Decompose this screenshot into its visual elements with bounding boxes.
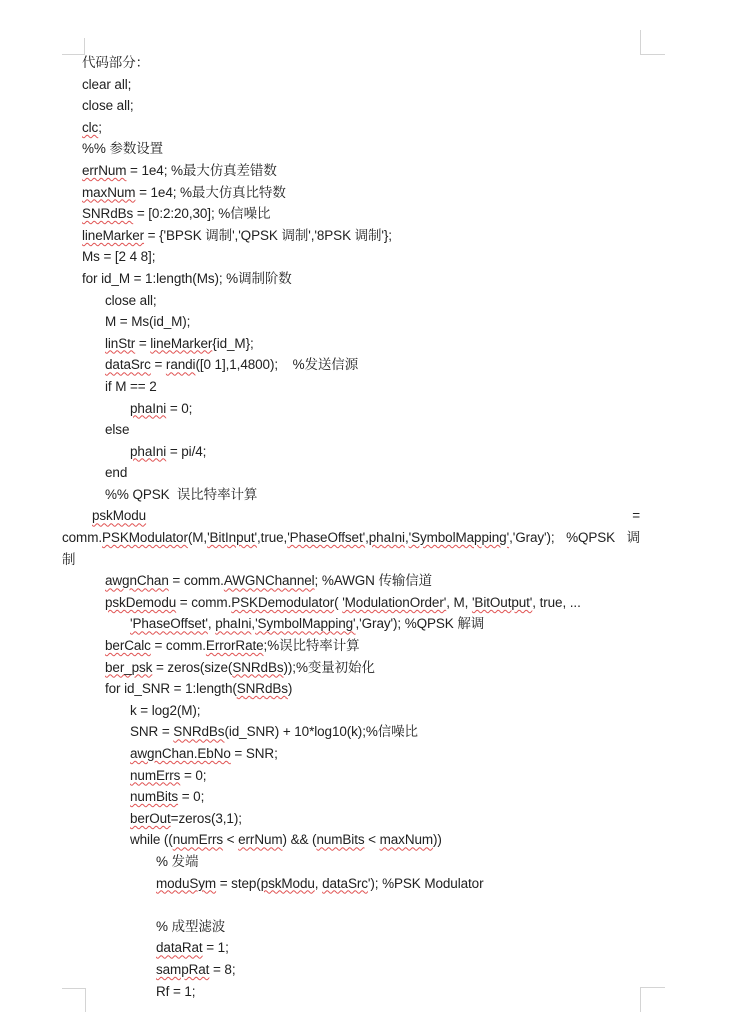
code-line: berCalc = comm.ErrorRate;%误比特率计算 [62,635,730,657]
code-segment: %% QPSK 误比特率计算 [105,487,257,502]
code-line: sampRat = 8; [62,959,730,981]
code-line: 制 [62,549,730,571]
code-segment: Ms = [2 4 8]; [82,249,155,264]
code-line: pskModu= [62,505,640,527]
code-segment: 制 [62,552,75,567]
code-line: Ms = [2 4 8]; [62,246,730,268]
code-text: while (( [130,832,173,847]
code-text: = 8; [209,962,235,977]
code-segment: SNRdBs = [0:2:20,30]; %信噪比 [82,206,270,221]
code-segment: awgnChan.EbNo = SNR; [130,746,278,761]
code-text: < [365,832,380,847]
misspelled-token: dataRat [156,940,203,955]
misspelled-token: 'BitOutput' [472,595,532,610]
misspelled-token: 'PhaseOffset' [130,616,208,631]
code-line: linStr = lineMarker{id_M}; [62,333,730,355]
code-line: for id_SNR = 1:length(SNRdBs) [62,678,730,700]
code-segment: %% 参数设置 [82,141,163,156]
code-line: 'PhaseOffset', phaIni,'SymbolMapping','G… [62,613,730,635]
code-line: % 成型滤波 [62,916,730,938]
code-text: (M, [188,530,207,545]
misspelled-token: ErrorRate [206,638,264,653]
code-text: , true, ... [532,595,580,610]
code-text: k = log2(M); [130,703,200,718]
code-segment: maxNum = 1e4; %最大仿真比特数 [82,185,286,200]
code-segment: if M == 2 [105,379,157,394]
code-text: )) [433,832,442,847]
code-segment: pskModu [92,505,146,527]
code-segment: SNR = SNRdBs(id_SNR) + 10*log10(k);%信噪比 [130,724,418,739]
code-segment: % 发端 [156,854,198,869]
misspelled-token: berOut [130,811,171,826]
misspelled-token: AWGNChannel [224,573,315,588]
code-line: Rf = 1; [62,981,730,1003]
code-segment: % 成型滤波 [156,919,225,934]
code-text: clear all; [82,77,131,92]
misspelled-token: phaIni [369,530,405,545]
misspelled-token: randi [166,357,196,372]
code-segment: lineMarker = {'BPSK 调制','QPSK 调制','8PSK … [82,228,392,243]
code-text: ));%变量初始化 [284,660,375,675]
code-segment: comm.PSKModulator(M,'BitInput',true,'Pha… [62,527,555,549]
code-segment: berCalc = comm.ErrorRate;%误比特率计算 [105,638,360,653]
code-text: ; [98,120,102,135]
code-line: close all; [62,95,730,117]
code-segment: Rf = 1; [156,984,195,999]
misspelled-token: pskDemodu [105,595,176,610]
code-text: , [315,876,322,891]
code-text: = {'BPSK 调制','QPSK 调制','8PSK 调制'}; [144,228,392,243]
code-segment: M = Ms(id_M); [105,314,190,329]
code-text: ,'Gray'); %QPSK 解调 [356,616,485,631]
code-line: SNR = SNRdBs(id_SNR) + 10*log10(k);%信噪比 [62,721,730,743]
code-segment: ber_psk = zeros(size(SNRdBs));%变量初始化 [105,660,375,675]
code-segment: for id_SNR = 1:length(SNRdBs) [105,681,292,696]
misspelled-token: PSKDemodulator [231,595,334,610]
code-text: end [105,465,127,480]
misspelled-token: moduSym [156,876,216,891]
code-text: if M == 2 [105,379,157,394]
code-text: = [135,336,150,351]
code-text: < [223,832,238,847]
code-line: % 发端 [62,851,730,873]
code-line: else [62,419,730,441]
code-segment: pskDemodu = comm.PSKDemodulator( 'Modula… [105,595,581,610]
code-text: %% 参数设置 [82,141,163,156]
code-text: SNR = [130,724,173,739]
code-line: for id_M = 1:length(Ms); %调制阶数 [62,268,730,290]
misspelled-token: dataSrc [322,876,368,891]
misspelled-token: SNRdBs [232,660,283,675]
code-line: phaIni = 0; [62,398,730,420]
code-line: close all; [62,290,730,312]
misspelled-token: numErrs [130,768,180,783]
code-text: = 1e4; %最大仿真差错数 [126,163,276,178]
code-line: maxNum = 1e4; %最大仿真比特数 [62,182,730,204]
code-line: k = log2(M); [62,700,730,722]
code-text: comm. [62,530,102,545]
code-line: awgnChan.EbNo = SNR; [62,743,730,765]
code-text: = comm. [169,573,224,588]
code-text: for id_SNR = 1:length( [105,681,237,696]
code-text: ) [288,681,292,696]
code-text: for id_M = 1:length(Ms); %调制阶数 [82,271,292,286]
code-segment: close all; [82,98,134,113]
misspelled-token: dataSrc [105,357,151,372]
misspelled-token: SNRdBs [237,681,288,696]
code-line: %% QPSK 误比特率计算 [62,484,730,506]
code-line: numErrs = 0; [62,765,730,787]
misspelled-token: numBits [130,789,178,804]
misspelled-token: errNum [238,832,282,847]
code-segment: errNum = 1e4; %最大仿真差错数 [82,163,277,178]
code-line: phaIni = pi/4; [62,441,730,463]
code-line: M = Ms(id_M); [62,311,730,333]
code-segment: while ((numErrs < errNum) && (numBits < … [130,832,442,847]
code-block: 代码部分：clear all;close all;clc;%% 参数设置errN… [62,52,730,1002]
code-segment: for id_M = 1:length(Ms); %调制阶数 [82,271,292,286]
document-page: 代码部分：clear all;close all;clc;%% 参数设置errN… [0,0,755,1024]
misspelled-token: sampRat [156,962,209,977]
code-segment: k = log2(M); [130,703,200,718]
code-text: = SNR; [231,746,278,761]
code-text: = 1e4; %最大仿真比特数 [135,185,285,200]
code-text: %QPSK [566,530,615,545]
code-text: ([0 1],1,4800); %发送信源 [195,357,358,372]
misspelled-token: linStr [105,336,135,351]
code-line: lineMarker = {'BPSK 调制','QPSK 调制','8PSK … [62,225,730,247]
code-segment: %QPSK [566,527,615,549]
code-text: = comm. [176,595,231,610]
code-segment: numBits = 0; [130,789,204,804]
code-text: = zeros(size( [152,660,232,675]
code-text: ( [334,595,342,610]
misspelled-token: awgnChan [105,573,169,588]
code-line: errNum = 1e4; %最大仿真差错数 [62,160,730,182]
misspelled-token: maxNum [380,832,433,847]
code-text: = 1; [203,940,229,955]
code-text: % 发端 [156,854,198,869]
code-line: end [62,462,730,484]
misspelled-token: SNRdBs [82,206,133,221]
misspelled-token: clc [82,120,98,135]
code-segment: clc; [82,120,102,135]
code-text: {id_M}; [212,336,253,351]
code-text: = [151,357,166,372]
code-line: pskDemodu = comm.PSKDemodulator( 'Modula… [62,592,730,614]
code-text: close all; [105,293,157,308]
code-text: = comm. [151,638,206,653]
code-line: dataSrc = randi([0 1],1,4800); %发送信源 [62,354,730,376]
misspelled-token: 'PhaseOffset' [287,530,365,545]
misspelled-token: phaIni [130,444,166,459]
misspelled-token: pskModu [92,508,146,523]
code-text: = 0; [178,789,204,804]
misspelled-token: 'SymbolMapping' [409,530,509,545]
code-segment: 代码部分： [82,55,149,70]
misspelled-token: phaIni [130,401,166,416]
code-text: ) && ( [283,832,317,847]
code-line: SNRdBs = [0:2:20,30]; %信噪比 [62,203,730,225]
code-line: while ((numErrs < errNum) && (numBits < … [62,829,730,851]
code-text: M = Ms(id_M); [105,314,190,329]
code-segment: end [105,465,127,480]
code-line [62,894,730,916]
code-line: comm.PSKModulator(M,'BitInput',true,'Pha… [62,527,640,549]
code-line: clear all; [62,74,730,96]
misspelled-token: lineMarker [82,228,144,243]
code-text: else [105,422,129,437]
code-line: if M == 2 [62,376,730,398]
code-segment: berOut=zeros(3,1); [130,811,242,826]
code-text: = 0; [166,401,192,416]
code-segment: phaIni = 0; [130,401,192,416]
code-text: 代码部分： [82,55,149,70]
code-line: %% 参数设置 [62,138,730,160]
misspelled-token: berCalc [105,638,151,653]
code-line: berOut=zeros(3,1); [62,808,730,830]
code-text: ,'Gray'); [509,530,555,545]
code-text: ,true, [257,530,287,545]
code-segment: phaIni = pi/4; [130,444,206,459]
code-line: ber_psk = zeros(size(SNRdBs));%变量初始化 [62,657,730,679]
misspelled-token: ber_psk [105,660,152,675]
code-text: = [632,508,640,523]
code-text: ;%误比特率计算 [264,638,360,653]
misspelled-token: maxNum [82,185,135,200]
document-heading: 代码部分： [62,52,730,74]
code-text: 制 [62,552,75,567]
code-text: , M, [446,595,472,610]
misspelled-token: pskModu [261,876,315,891]
code-text: close all; [82,98,134,113]
code-line: numBits = 0; [62,786,730,808]
code-text: Rf = 1; [156,984,195,999]
misspelled-token: 'ModulationOrder' [342,595,446,610]
misspelled-token: PSKModulator [102,530,188,545]
code-text: Ms = [2 4 8]; [82,249,155,264]
code-line: dataRat = 1; [62,937,730,959]
code-line: moduSym = step(pskModu, dataSrc'); %PSK … [62,873,730,895]
code-text: % 成型滤波 [156,919,225,934]
code-text: %% QPSK 误比特率计算 [105,487,257,502]
code-segment: dataSrc = randi([0 1],1,4800); %发送信源 [105,357,358,372]
code-segment: moduSym = step(pskModu, dataSrc'); %PSK … [156,876,483,891]
code-text: ; %AWGN 传输信道 [315,573,433,588]
misspelled-token: SNRdBs [173,724,224,739]
misspelled-token: 'BitInput' [207,530,257,545]
misspelled-token: numBits [316,832,364,847]
code-segment: clear all; [82,77,131,92]
misspelled-token: awgnChan.EbNo [130,746,231,761]
code-segment: numErrs = 0; [130,768,206,783]
code-text: = pi/4; [166,444,206,459]
misspelled-token: numErrs [173,832,223,847]
code-text: = 0; [180,768,206,783]
code-segment: = [632,505,640,527]
code-segment: 调 [627,527,640,549]
code-line: clc; [62,117,730,139]
code-text: (id_SNR) + 10*log10(k);%信噪比 [224,724,418,739]
code-segment: close all; [105,293,157,308]
misspelled-token: 'SymbolMapping' [255,616,355,631]
code-text: = step( [216,876,261,891]
code-segment: linStr = lineMarker{id_M}; [105,336,254,351]
misspelled-token: errNum [82,163,126,178]
misspelled-token: phaIni [215,616,251,631]
code-segment: 'PhaseOffset', phaIni,'SymbolMapping','G… [130,616,484,631]
code-text: = [0:2:20,30]; %信噪比 [133,206,270,221]
code-segment: awgnChan = comm.AWGNChannel; %AWGN 传输信道 [105,573,432,588]
code-segment: sampRat = 8; [156,962,235,977]
code-segment: dataRat = 1; [156,940,229,955]
code-line: awgnChan = comm.AWGNChannel; %AWGN 传输信道 [62,570,730,592]
code-text: =zeros(3,1); [171,811,242,826]
code-text: 调 [627,530,640,545]
code-text: '); %PSK Modulator [368,876,484,891]
misspelled-token: lineMarker [150,336,212,351]
code-segment: else [105,422,129,437]
